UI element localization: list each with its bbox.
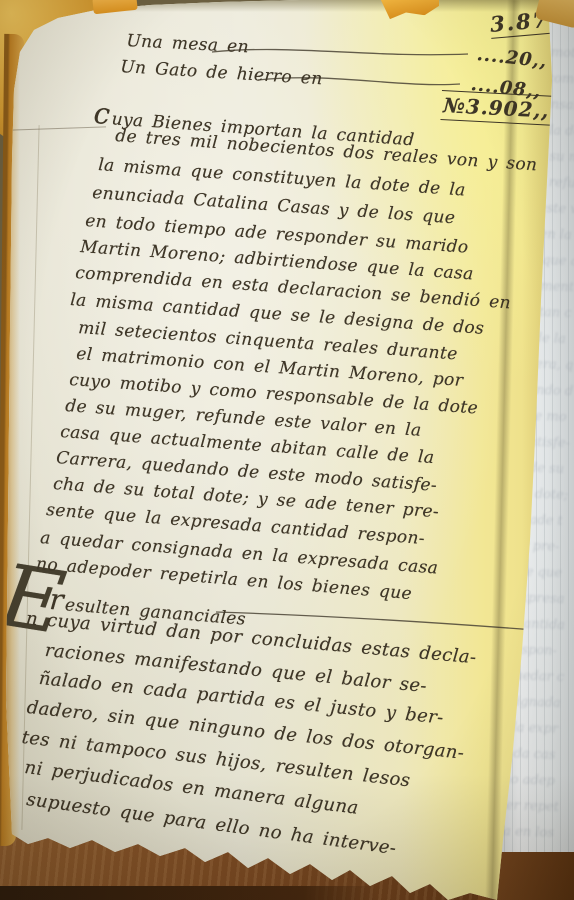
manuscript-photo: cuyo motibo y como responsable de la dot…	[0, 0, 574, 900]
ledger-item-label: Una mesa en	[126, 31, 250, 57]
ledger-item-label: Un Gato de hierro en	[120, 57, 323, 89]
table-shadow	[0, 886, 380, 900]
